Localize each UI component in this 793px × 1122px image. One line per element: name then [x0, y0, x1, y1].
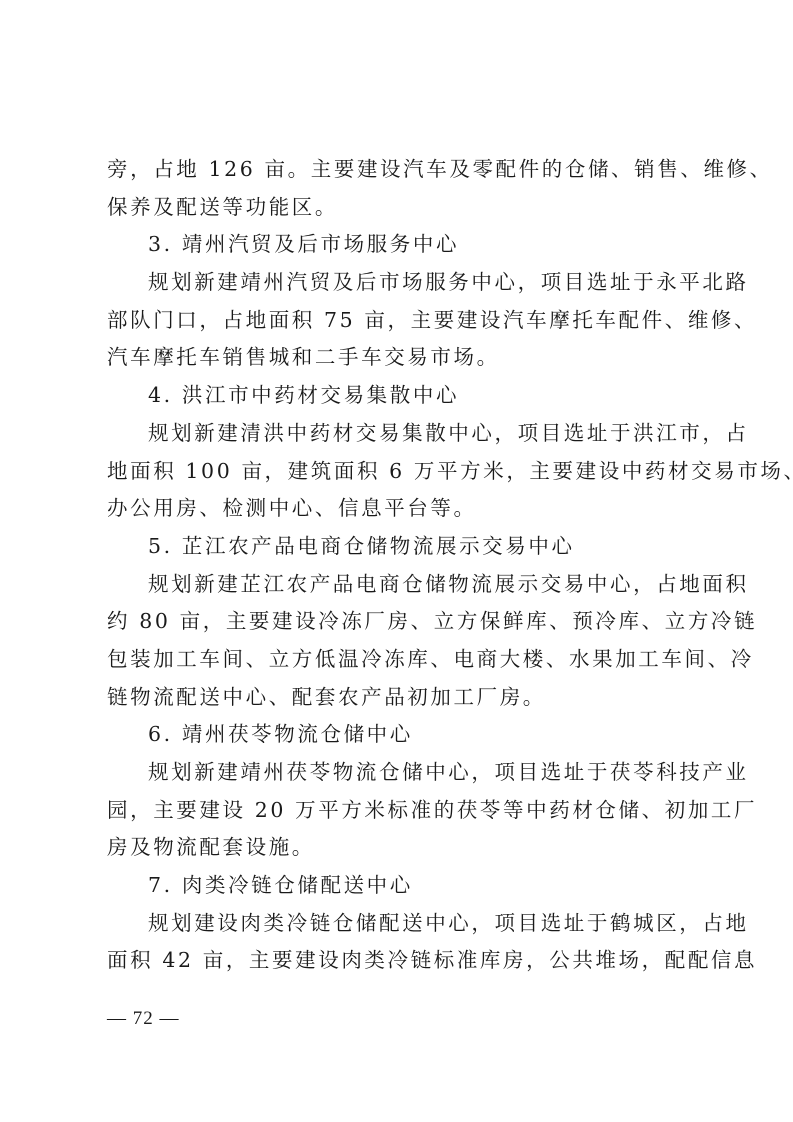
paragraph-start: 规划新建靖州汽贸及后市场服务中心，项目选址于永平北路 [107, 264, 690, 302]
section-heading: 7. 肉类冷链仓储配送中心 [107, 867, 690, 905]
body-line: 面积 42 亩，主要建设肉类冷链标准库房，公共堆场，配配信息 [107, 942, 690, 980]
body-line: 保养及配送等功能区。 [107, 189, 690, 227]
body-line: 包装加工车间、立方低温冷冻库、电商大楼、水果加工车间、冷 [107, 641, 690, 679]
page-number: — 72 — [107, 1008, 180, 1030]
section-heading: 3. 靖州汽贸及后市场服务中心 [107, 226, 690, 264]
section-heading: 6. 靖州茯苓物流仓储中心 [107, 716, 690, 754]
body-line: 旁，占地 126 亩。主要建设汽车及零配件的仓储、销售、维修、 [107, 151, 690, 189]
body-line: 链物流配送中心、配套农产品初加工厂房。 [107, 679, 690, 717]
body-line: 汽车摩托车销售城和二手车交易市场。 [107, 339, 690, 377]
body-line: 约 80 亩，主要建设冷冻厂房、立方保鲜库、预冷库、立方冷链 [107, 603, 690, 641]
body-line: 园，主要建设 20 万平方米标准的茯苓等中药材仓储、初加工厂 [107, 792, 690, 830]
paragraph-start: 规划新建清洪中药材交易集散中心，项目选址于洪江市，占 [107, 415, 690, 453]
paragraph-start: 规划新建靖州茯苓物流仓储中心，项目选址于茯苓科技产业 [107, 754, 690, 792]
paragraph-start: 规划新建芷江农产品电商仓储物流展示交易中心，占地面积 [107, 566, 690, 604]
document-body: 旁，占地 126 亩。主要建设汽车及零配件的仓储、销售、维修、 保养及配送等功能… [107, 151, 690, 980]
body-line: 房及物流配套设施。 [107, 829, 690, 867]
body-line: 地面积 100 亩，建筑面积 6 万平方米，主要建设中药材交易市场、 [107, 453, 690, 491]
section-heading: 4. 洪江市中药材交易集散中心 [107, 377, 690, 415]
body-line: 部队门口，占地面积 75 亩，主要建设汽车摩托车配件、维修、 [107, 302, 690, 340]
paragraph-start: 规划建设肉类冷链仓储配送中心，项目选址于鹤城区，占地 [107, 905, 690, 943]
body-line: 办公用房、检测中心、信息平台等。 [107, 490, 690, 528]
section-heading: 5. 芷江农产品电商仓储物流展示交易中心 [107, 528, 690, 566]
